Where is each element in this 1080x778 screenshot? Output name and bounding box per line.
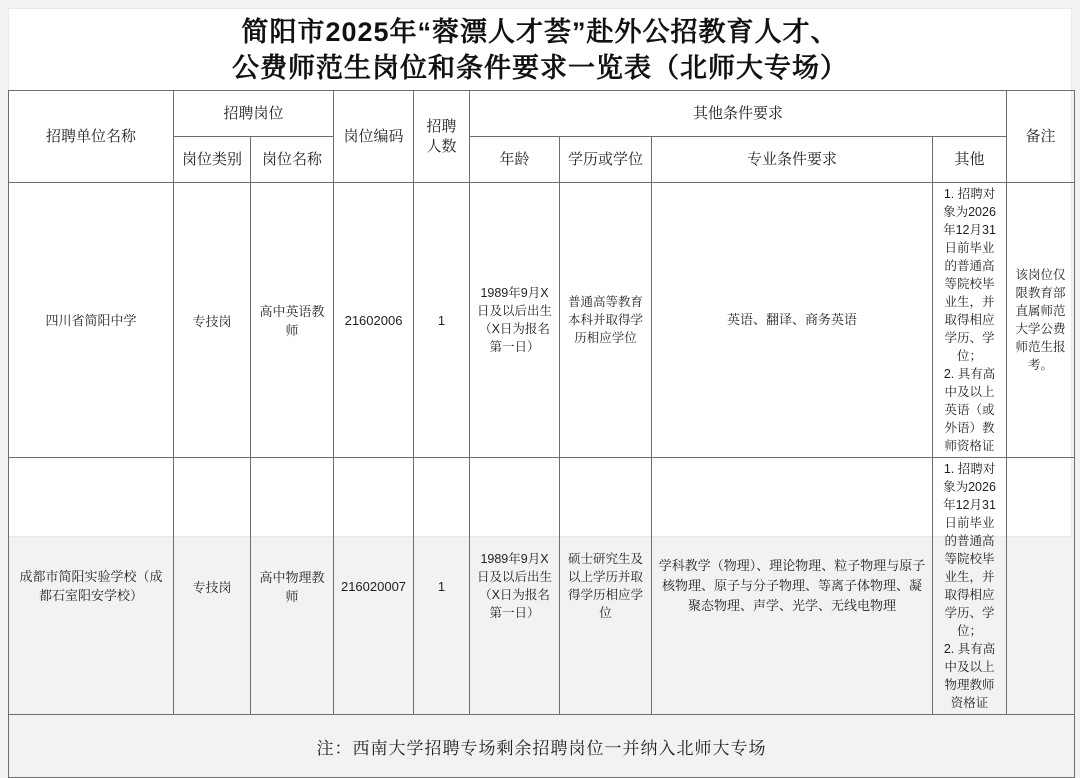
cell-remark [1007, 458, 1075, 545]
col-header-degree: 学历或学位 [560, 137, 652, 183]
cell-degree: 普通高等教育本科并取得学历相应学位 [560, 183, 652, 458]
col-header-headcount: 招聘人数 [414, 91, 470, 183]
cell-headcount: 1 [414, 183, 470, 458]
table-row: 成都市简阳实验学校（成都石室阳安学校） 专技岗 高中物理教师 216020007… [9, 458, 1075, 545]
cell-post-code: 216020007 [334, 458, 414, 545]
cell-headcount: 1 [414, 458, 470, 545]
cell-post-type: 专技岗 [174, 458, 251, 545]
cell-post-code: 21602006 [334, 183, 414, 458]
col-header-remark: 备注 [1007, 91, 1075, 183]
page-title: 简阳市2025年“蓉漂人才荟”赴外公招教育人才、 公费师范生岗位和条件要求一览表… [9, 9, 1071, 90]
recruitment-table: 招聘单位名称 招聘岗位 岗位编码 招聘人数 其他条件要求 备注 岗位类别 岗位名… [8, 90, 1075, 544]
cell-post-name: 高中英语教师 [251, 183, 334, 458]
cell-age: 1989年9月X日及以后出生（X日为报名第一日） [470, 458, 560, 545]
document-panel: 简阳市2025年“蓉漂人才荟”赴外公招教育人才、 公费师范生岗位和条件要求一览表… [8, 8, 1072, 537]
cell-post-name: 高中物理教师 [251, 458, 334, 545]
cell-unit: 四川省简阳中学 [9, 183, 174, 458]
cell-major: 学科教学（物理）、理论物理、粒子物理与原子核物理、原子与分子物理、等离子体物理、… [652, 458, 933, 545]
col-header-other: 其他 [933, 137, 1007, 183]
col-group-other-requirements: 其他条件要求 [470, 91, 1007, 137]
cell-post-type: 专技岗 [174, 183, 251, 458]
cell-remark: 该岗位仅限教育部直属师范大学公费师范生报考。 [1007, 183, 1075, 458]
cell-unit: 成都市简阳实验学校（成都石室阳安学校） [9, 458, 174, 545]
page-title-line-1: 简阳市2025年“蓉漂人才荟”赴外公招教育人才、 [241, 15, 838, 49]
cell-major: 英语、翻译、商务英语 [652, 183, 933, 458]
col-header-post-name: 岗位名称 [251, 137, 334, 183]
col-header-post-type: 岗位类别 [174, 137, 251, 183]
col-header-post-code: 岗位编码 [334, 91, 414, 183]
col-header-age: 年龄 [470, 137, 560, 183]
col-group-post: 招聘岗位 [174, 91, 334, 137]
col-header-major: 专业条件要求 [652, 137, 933, 183]
table-row: 四川省简阳中学 专技岗 高中英语教师 21602006 1 1989年9月X日及… [9, 183, 1075, 458]
cell-degree: 硕士研究生及以上学历并取得学历相应学位 [560, 458, 652, 545]
cell-age: 1989年9月X日及以后出生（X日为报名第一日） [470, 183, 560, 458]
cell-other: 1. 招聘对象为2026年12月31日前毕业的普通高等院校毕业生，并取得相应学历… [933, 458, 1007, 545]
col-header-unit: 招聘单位名称 [9, 91, 174, 183]
cell-other: 1. 招聘对象为2026年12月31日前毕业的普通高等院校毕业生，并取得相应学历… [933, 183, 1007, 458]
page-title-line-2: 公费师范生岗位和条件要求一览表（北师大专场） [232, 51, 848, 85]
